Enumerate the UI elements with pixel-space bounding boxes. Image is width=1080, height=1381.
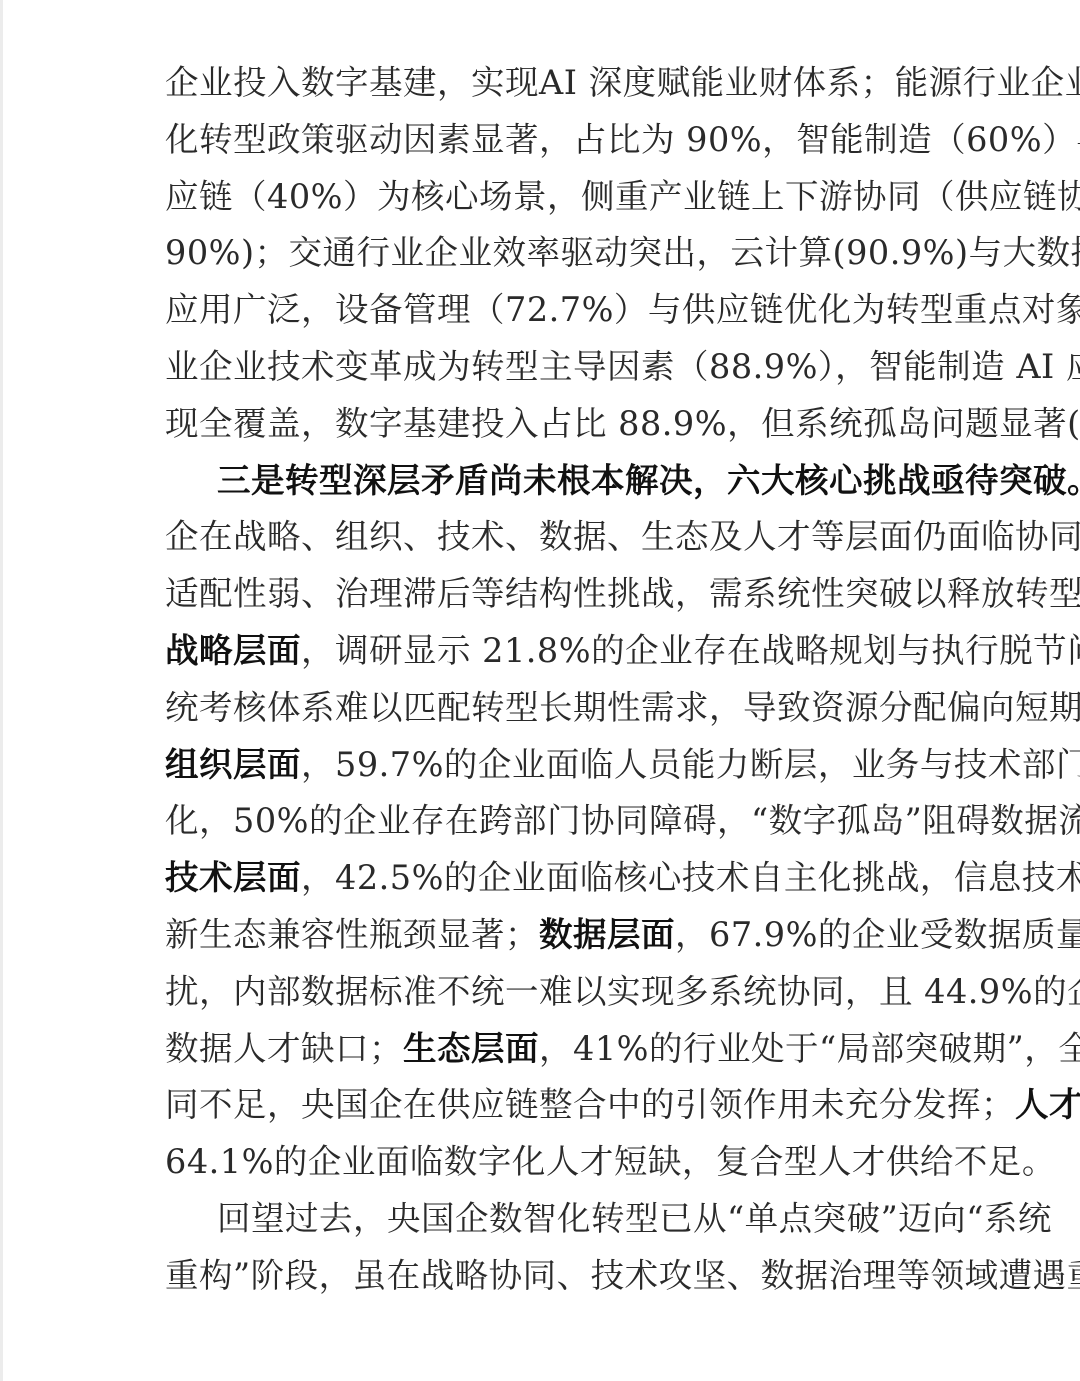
- text-line-9: 企在战略、组织、技术、数据、生态及人才等层面仍面临协同不足、: [165, 509, 917, 566]
- text-line-1: 企业投入数字基建，实现AI 深度赋能业财体系；能源行业企业数智: [165, 55, 917, 112]
- text-segment: 适配性弱、治理滞后等结构性挑战，需系统性突破以释放转型效能。: [165, 574, 1080, 613]
- text-segment: 化转型政策驱动因素显著，占比为 90%，智能制造（60%）与智慧供: [165, 120, 1080, 159]
- text-segment: 新生态兼容性瓶颈显著；: [165, 915, 539, 954]
- text-segment: 应用广泛，设备管理（72.7%）与供应链优化为转型重点对象。制造: [165, 290, 1080, 329]
- text-segment: ，41%的行业处于“局部突破期”，全链协: [539, 1029, 1080, 1068]
- text-line-16: 新生态兼容性瓶颈显著；数据层面，67.9%的企业受数据质量问题困: [165, 907, 917, 964]
- text-line-2: 化转型政策驱动因素显著，占比为 90%，智能制造（60%）与智慧供: [165, 112, 917, 169]
- text-line-17: 扰，内部数据标准不统一难以实现多系统协同，且 44.9%的企业存在: [165, 964, 917, 1021]
- text-segment: 应链（40%）为核心场景，侧重产业链上下游协同（供应链协同占比: [165, 177, 1080, 216]
- text-segment: ，59.7%的企业面临人员能力断层，业务与技术部门目标分: [301, 745, 1080, 784]
- text-segment: 90%)；交通行业企业效率驱动突出，云计算(90.9%)与大数据(81.8%): [165, 233, 1080, 272]
- text-line-22: 重构”阶段，虽在战略协同、技术攻坚、数据治理等领域遭遇重重: [165, 1248, 917, 1305]
- text-segment: 回望过去，央国企数智化转型已从“单点突破”迈向“系统: [217, 1199, 1052, 1238]
- text-line-3: 应链（40%）为核心场景，侧重产业链上下游协同（供应链协同占比: [165, 169, 917, 226]
- text-line-4: 90%)；交通行业企业效率驱动突出，云计算(90.9%)与大数据(81.8%): [165, 225, 917, 282]
- text-segment: ，42.5%的企业面临核心技术自主化挑战，信息技术应用创: [301, 858, 1080, 897]
- document-body: 企业投入数字基建，实现AI 深度赋能业财体系；能源行业企业数智 化转型政策驱动因…: [165, 55, 917, 1305]
- text-line-18: 数据人才缺口；生态层面，41%的行业处于“局部突破期”，全链协: [165, 1021, 917, 1078]
- keyword-organization: 组织层面: [165, 745, 301, 784]
- text-segment: 统考核体系难以匹配转型长期性需求，导致资源分配偏向短期效益；: [165, 688, 1080, 727]
- keyword-technology: 技术层面: [165, 858, 301, 897]
- text-line-6: 业企业技术变革成为转型主导因素（88.9%），智能制造 AI 应用实: [165, 339, 917, 396]
- keyword-data: 数据层面: [539, 915, 675, 954]
- keyword-talent: 人才层面，: [1015, 1085, 1080, 1124]
- text-segment: 企在战略、组织、技术、数据、生态及人才等层面仍面临协同不足、: [165, 517, 1080, 556]
- keyword-strategy: 战略层面: [165, 631, 301, 670]
- text-segment: 扰，内部数据标准不统一难以实现多系统协同，且 44.9%的企业存在: [165, 972, 1080, 1011]
- text-segment: 64.1%的企业面临数字化人才短缺，复合型人才供给不足。: [165, 1142, 1056, 1181]
- text-line-21: 回望过去，央国企数智化转型已从“单点突破”迈向“系统: [165, 1191, 917, 1248]
- text-segment: 重构”阶段，虽在战略协同、技术攻坚、数据治理等领域遭遇重重: [165, 1256, 1080, 1295]
- text-line-11: 战略层面，调研显示 21.8%的企业存在战略规划与执行脱节问题，传: [165, 623, 917, 680]
- section-heading-line: 三是转型深层矛盾尚未根本解决，六大核心挑战亟待突破。央国: [165, 453, 917, 510]
- text-segment: ，67.9%的企业受数据质量问题困: [675, 915, 1080, 954]
- text-segment: 业企业技术变革成为转型主导因素（88.9%），智能制造 AI 应用实: [165, 347, 1080, 386]
- text-line-5: 应用广泛，设备管理（72.7%）与供应链优化为转型重点对象。制造: [165, 282, 917, 339]
- text-line-13: 组织层面，59.7%的企业面临人员能力断层，业务与技术部门目标分: [165, 737, 917, 794]
- text-line-19: 同不足，央国企在供应链整合中的引领作用未充分发挥；人才层面，: [165, 1077, 917, 1134]
- text-line-7: 现全覆盖，数字基建投入占比 88.9%，但系统孤岛问题显著(66.7%)。: [165, 396, 917, 453]
- text-segment: 数据人才缺口；: [165, 1029, 403, 1068]
- text-segment: 企业投入数字基建，实现AI 深度赋能业财体系；能源行业企业数智: [165, 63, 1080, 102]
- text-line-12: 统考核体系难以匹配转型长期性需求，导致资源分配偏向短期效益；: [165, 680, 917, 737]
- section-heading: 三是转型深层矛盾尚未根本解决，六大核心挑战亟待突破。: [217, 461, 1080, 500]
- keyword-ecology: 生态层面: [403, 1029, 539, 1068]
- text-segment: 现全覆盖，数字基建投入占比 88.9%，但系统孤岛问题显著(66.7%)。: [165, 404, 1080, 443]
- text-segment: 同不足，央国企在供应链整合中的引领作用未充分发挥；: [165, 1085, 1015, 1124]
- text-line-20: 64.1%的企业面临数字化人才短缺，复合型人才供给不足。: [165, 1134, 917, 1191]
- text-segment: 化，50%的企业存在跨部门协同障碍，“数字孤岛”阻碍数据流动；: [165, 801, 1080, 840]
- page-edge: [0, 0, 3, 1381]
- text-line-10: 适配性弱、治理滞后等结构性挑战，需系统性突破以释放转型效能。: [165, 566, 917, 623]
- text-line-14: 化，50%的企业存在跨部门协同障碍，“数字孤岛”阻碍数据流动；: [165, 793, 917, 850]
- text-line-15: 技术层面，42.5%的企业面临核心技术自主化挑战，信息技术应用创: [165, 850, 917, 907]
- text-segment: ，调研显示 21.8%的企业存在战略规划与执行脱节问题，传: [301, 631, 1080, 670]
